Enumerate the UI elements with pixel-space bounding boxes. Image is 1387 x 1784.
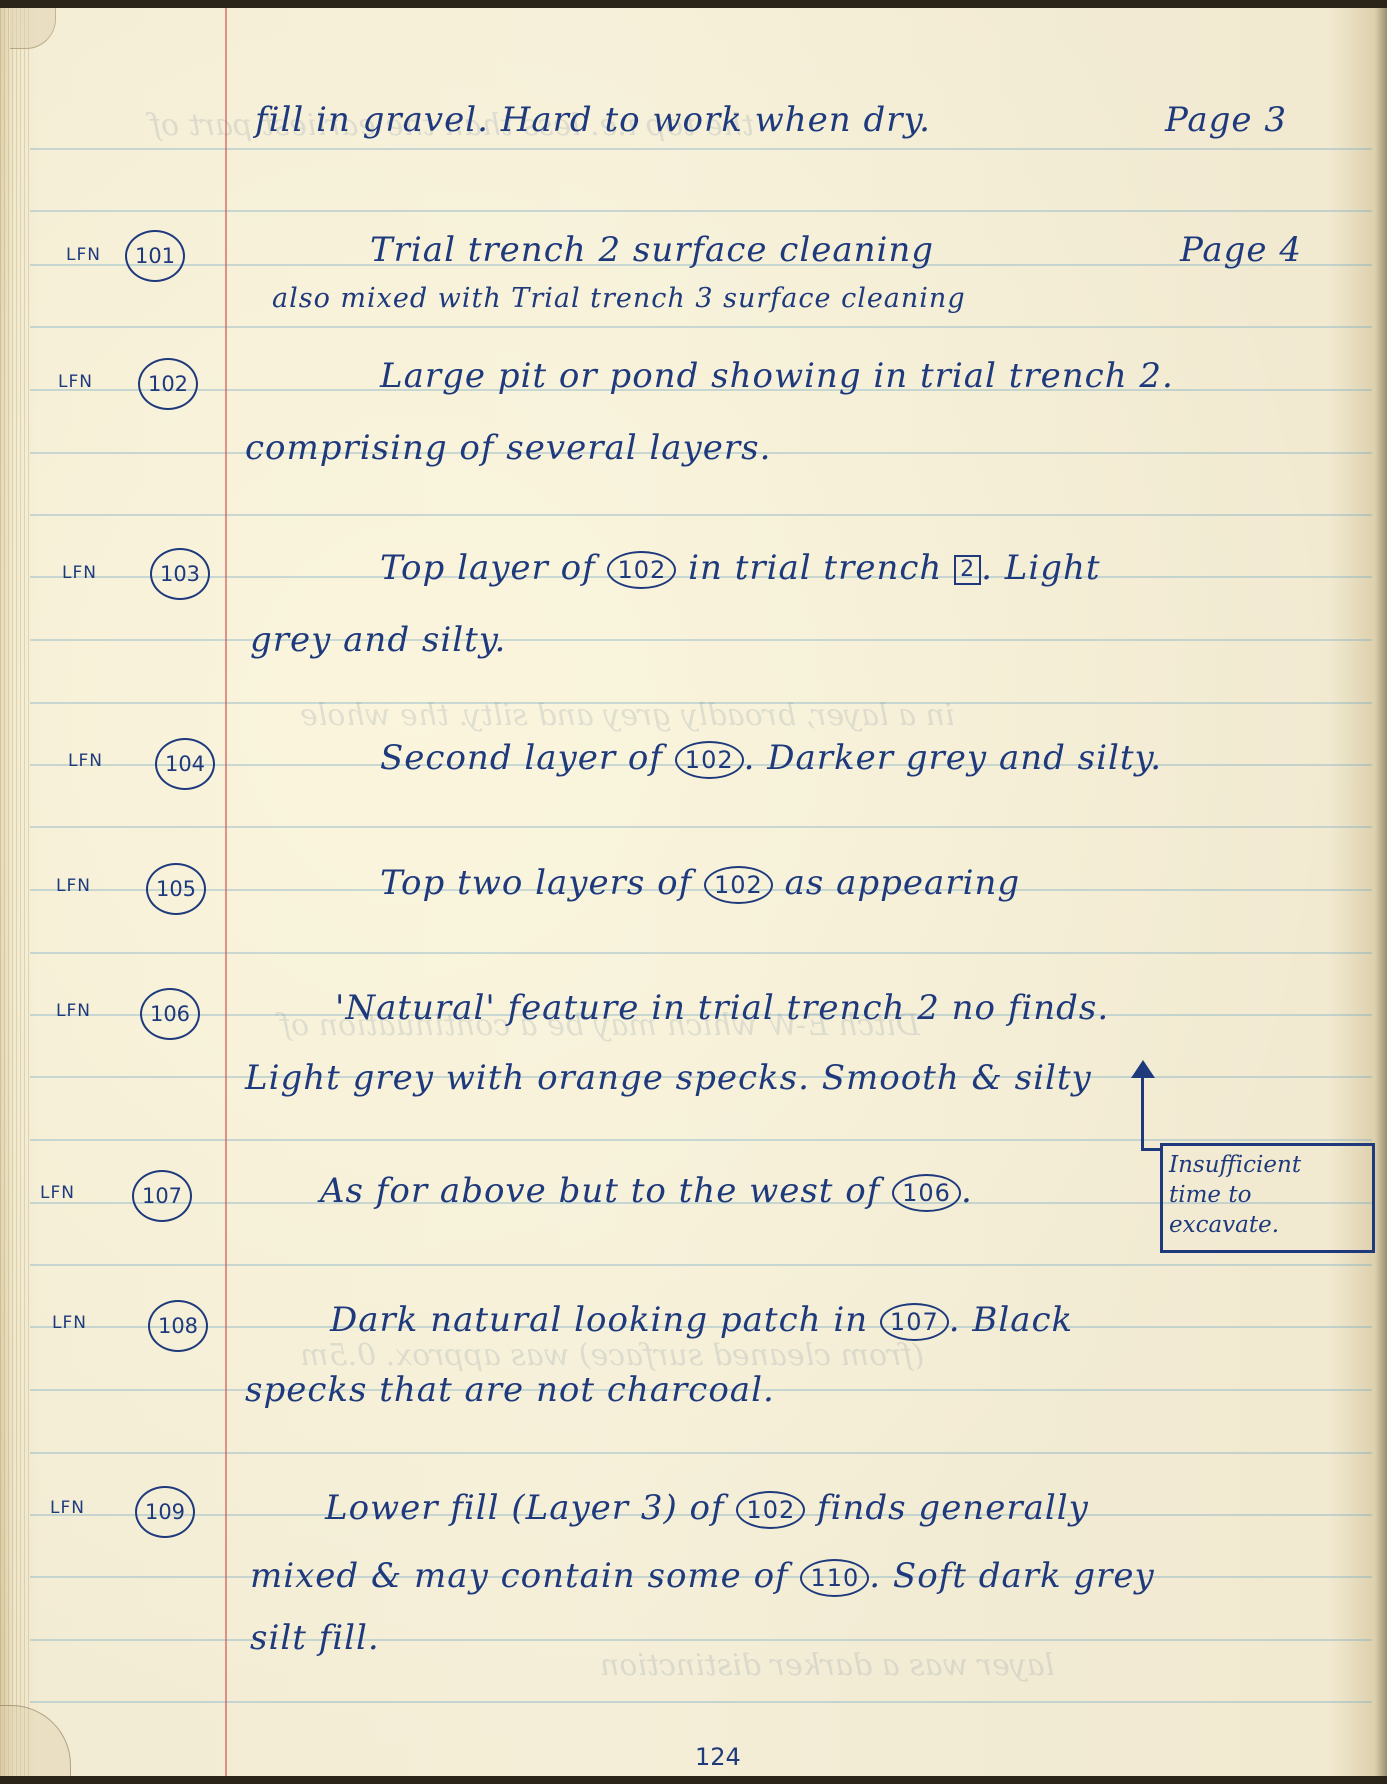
context-reference-circle: 102 — [736, 1491, 805, 1529]
entry-text: Trial trench 2 surface cleaning — [370, 230, 934, 270]
entry-text: grey and silty. — [250, 620, 506, 660]
entry-text-segment: Dark natural looking patch in — [330, 1300, 868, 1340]
lfn-label: LFN — [66, 245, 101, 265]
lfn-label: LFN — [68, 751, 103, 771]
context-reference-circle: 102 — [704, 866, 773, 904]
lfn-label: LFN — [58, 372, 93, 392]
context-reference-circle: 107 — [880, 1303, 949, 1341]
context-reference-circle: 106 — [892, 1174, 961, 1212]
context-reference-circle: 110 — [800, 1559, 869, 1597]
lfn-label: LFN — [56, 1001, 91, 1021]
page-reference: Page 3 — [1165, 100, 1287, 140]
bottom-corner-curl — [0, 1705, 71, 1776]
entry-text-segment: mixed & may contain some of — [250, 1556, 789, 1596]
entry-text: As for above but to the west of 106. — [320, 1171, 973, 1212]
context-number-circle: 109 — [135, 1486, 195, 1538]
lfn-label: LFN — [62, 563, 97, 583]
context-number-circle: 107 — [132, 1170, 192, 1222]
entry-text: Dark natural looking patch in 107. Black — [330, 1300, 1073, 1341]
lfn-label: LFN — [56, 876, 91, 896]
entry-text-segment: as appearing — [785, 863, 1021, 903]
context-number-circle: 108 — [148, 1300, 208, 1352]
entry-text-segment: . Light — [981, 548, 1100, 588]
red-margin-line — [225, 8, 227, 1776]
boxed-margin-note: Insufficient time to excavate. — [1160, 1143, 1375, 1253]
context-number-circle: 103 — [150, 548, 210, 600]
entry-text: Top two layers of 102 as appearing — [380, 863, 1020, 904]
arrow-line — [1141, 1070, 1144, 1150]
notebook-page: the top i.e. less than the earliest part… — [0, 8, 1387, 1776]
entry-text-segment: finds generally — [817, 1488, 1089, 1528]
page-number: 124 — [695, 1743, 741, 1771]
context-number-circle: 102 — [138, 358, 198, 410]
bleed-through-text: in a layer, broadly grey and silty. the … — [300, 698, 954, 733]
entry-text: Large pit or pond showing in trial trenc… — [380, 356, 1174, 396]
page-reference: Page 4 — [1180, 230, 1302, 270]
entry-text: specks that are not charcoal. — [245, 1370, 775, 1410]
context-number-circle: 101 — [125, 230, 185, 282]
bleed-through-text: (from cleaned surface) was approx. 0.5m — [300, 1338, 924, 1373]
entry-text-segment: Lower fill (Layer 3) of — [325, 1488, 725, 1528]
entry-text: Top layer of 102 in trial trench 2. Ligh… — [380, 548, 1101, 589]
continuation-text: fill in gravel. Hard to work when dry. — [255, 100, 931, 140]
context-number-circle: 104 — [155, 738, 215, 790]
trench-number-box: 2 — [954, 555, 981, 585]
entry-text-segment: in trial trench — [688, 548, 942, 588]
lfn-label: LFN — [52, 1313, 87, 1333]
entry-text-segment: Top two layers of — [380, 863, 692, 903]
entry-text: Second layer of 102. Darker grey and sil… — [380, 738, 1162, 779]
entry-text: Lower fill (Layer 3) of 102 finds genera… — [325, 1488, 1089, 1529]
entry-text-segment: . Darker grey and silty. — [744, 738, 1162, 778]
entry-text: also mixed with Trial trench 3 surface c… — [272, 283, 966, 314]
entry-text-segment: . Black — [949, 1300, 1073, 1340]
lfn-label: LFN — [40, 1183, 75, 1203]
entry-text: comprising of several layers. — [245, 428, 771, 468]
entry-text: silt fill. — [250, 1618, 380, 1658]
context-number-circle: 105 — [146, 863, 206, 915]
entry-text-segment: . Soft dark grey — [869, 1556, 1154, 1596]
context-reference-circle: 102 — [607, 551, 676, 589]
entry-text: 'Natural' feature in trial trench 2 no f… — [335, 988, 1109, 1028]
page-stack-edge — [0, 8, 30, 1776]
entry-text-segment: . — [961, 1171, 973, 1211]
entry-text-segment: Top layer of — [380, 548, 596, 588]
entry-text: mixed & may contain some of 110. Soft da… — [250, 1556, 1155, 1597]
entry-text-segment: As for above but to the west of — [320, 1171, 880, 1211]
context-reference-circle: 102 — [675, 741, 744, 779]
entry-text: Light grey with orange specks. Smooth & … — [245, 1058, 1092, 1098]
entry-text-segment: Second layer of — [380, 738, 663, 778]
top-corner-curl — [10, 8, 56, 49]
bleed-through-text: layer was a darker distinction — [600, 1648, 1054, 1683]
context-number-circle: 106 — [140, 988, 200, 1040]
lfn-label: LFN — [50, 1498, 85, 1518]
